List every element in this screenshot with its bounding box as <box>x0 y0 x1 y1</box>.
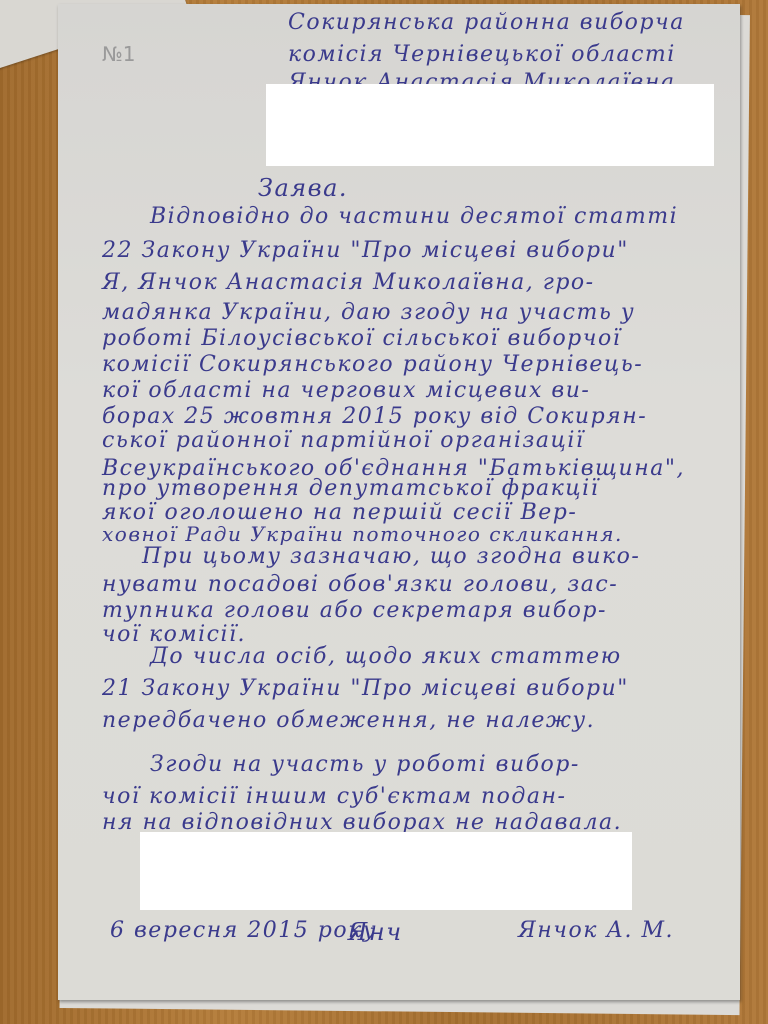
body-line: Згоди на участь у роботі вибор- <box>150 752 580 777</box>
document-title: Заява. <box>258 174 348 202</box>
document-date: 6 вересня 2015 року <box>110 918 377 943</box>
body-line: про утворення депутатської фракції <box>102 476 599 501</box>
body-line: Я, Янчок Анастасія Миколаївна, гро- <box>102 270 595 295</box>
signature: Янч <box>348 918 403 946</box>
body-line: чої комісії іншим суб'єктам подан- <box>102 784 566 809</box>
body-line: 22 Закону України "Про місцеві вибори" <box>102 238 629 263</box>
body-line: мадянка України, даю згоду на участь у <box>102 300 635 325</box>
signatory-name: Янчок А. М. <box>518 918 674 943</box>
body-line: ховної Ради України поточного скликання. <box>102 522 623 546</box>
body-line: нувати посадові обов'язки голови, зас- <box>102 572 618 597</box>
addressee-line-1: Сокирянська районна виборча <box>288 10 685 35</box>
handwritten-document: №1 Сокирянська районна виборча комісія Ч… <box>58 4 740 1000</box>
body-line: ської районної партійної організації <box>102 428 584 453</box>
body-line: комісії Сокирянського району Чернівець- <box>102 352 643 377</box>
addressee-line-2: комісія Чернівецької області <box>288 42 676 67</box>
body-line: 21 Закону України "Про місцеві вибори" <box>102 676 629 701</box>
body-line: До числа осіб, щодо яких статтею <box>150 644 622 669</box>
redacted-region-top <box>266 84 714 166</box>
redacted-region-bottom <box>140 832 632 910</box>
body-line: При цьому зазначаю, що згодна вико- <box>142 544 640 569</box>
body-line: тупника голови або секретаря вибор- <box>102 598 607 623</box>
body-line: передбачено обмеження, не належу. <box>102 708 595 733</box>
body-line: Відповідно до частини десятої статті <box>150 204 678 229</box>
body-line: роботі Білоусівської сільської виборчої <box>102 326 621 351</box>
page-number-mark: №1 <box>102 42 136 66</box>
body-line: борах 25 жовтня 2015 року від Сокирян- <box>102 404 647 429</box>
body-line: кої області на чергових місцевих ви- <box>102 378 590 403</box>
